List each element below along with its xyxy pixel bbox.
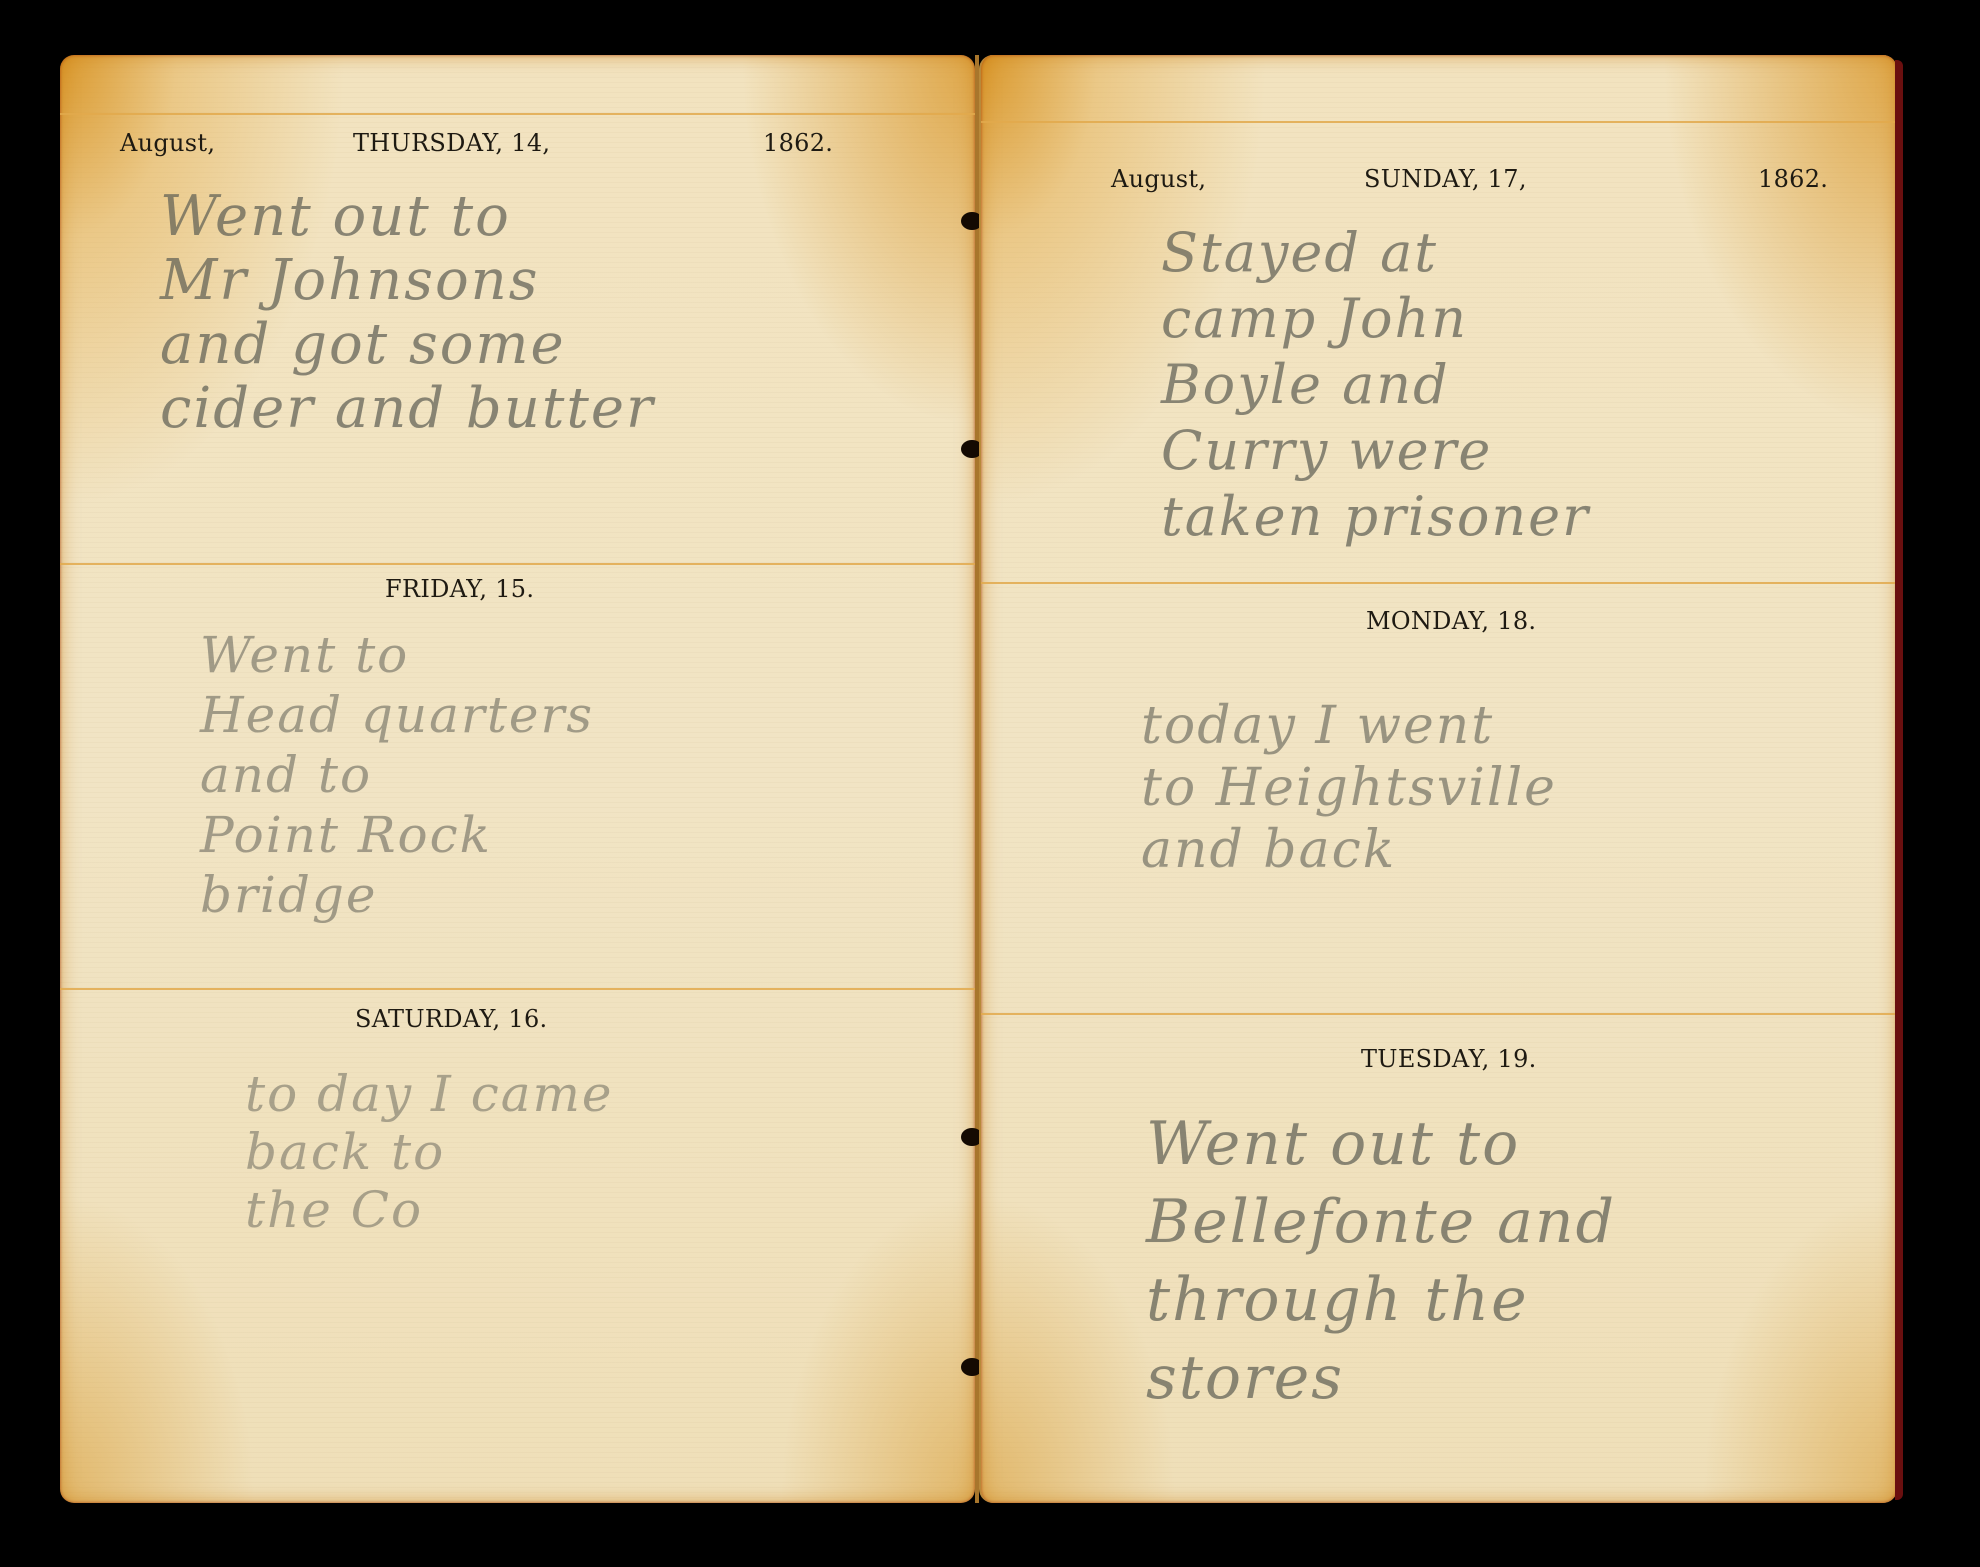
entry-friday-handwriting: Went to Head quarters and to Point Rock … bbox=[200, 625, 940, 925]
entry-monday-handwriting: today I went to Heightsville and back bbox=[1141, 695, 1861, 881]
day-label-thursday: THURSDAY, 14, bbox=[353, 129, 550, 157]
top-rule bbox=[60, 113, 975, 115]
entry-sunday-handwriting: Stayed at camp John Boyle and Curry were… bbox=[1161, 220, 1861, 550]
year-label: 1862. bbox=[1758, 165, 1828, 193]
year-label: 1862. bbox=[763, 129, 833, 157]
entry-tuesday-handwriting: Went out to Bellefonte and through the s… bbox=[1146, 1105, 1866, 1417]
section-divider bbox=[981, 582, 1897, 584]
right-page: August, SUNDAY, 17, 1862. Stayed at camp… bbox=[979, 55, 1897, 1503]
section-divider bbox=[981, 1013, 1897, 1015]
section-divider bbox=[60, 563, 975, 565]
day-label-monday: MONDAY, 18. bbox=[1366, 607, 1536, 635]
entry-saturday-handwriting: to day I came back to the Co bbox=[245, 1065, 945, 1239]
section-divider bbox=[60, 988, 975, 990]
left-page: August, THURSDAY, 14, 1862. Went out to … bbox=[60, 55, 975, 1503]
day-label-sunday: SUNDAY, 17, bbox=[1364, 165, 1527, 193]
month-label: August, bbox=[1111, 165, 1206, 193]
entry-thursday-handwriting: Went out to Mr Johnsons and got some cid… bbox=[160, 185, 940, 441]
day-label-tuesday: TUESDAY, 19. bbox=[1361, 1045, 1537, 1073]
book-cover-edge bbox=[1895, 60, 1903, 1500]
month-label: August, bbox=[120, 129, 215, 157]
top-rule bbox=[981, 121, 1897, 123]
day-label-saturday: SATURDAY, 16. bbox=[355, 1005, 547, 1033]
day-label-friday: FRIDAY, 15. bbox=[385, 575, 534, 603]
